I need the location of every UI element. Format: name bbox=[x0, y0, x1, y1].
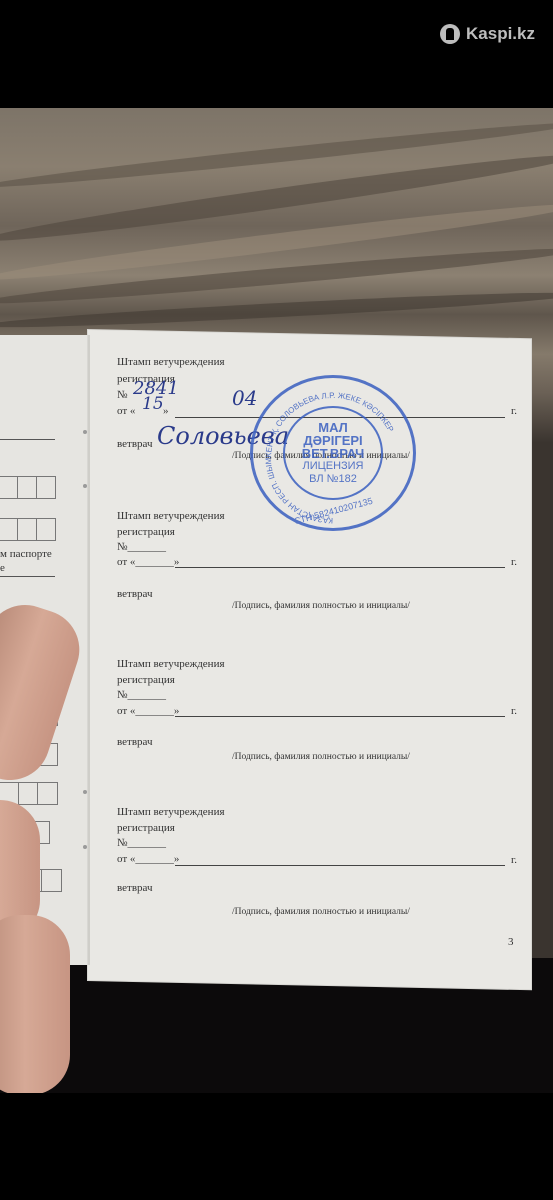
bottom-bar bbox=[0, 1093, 553, 1200]
brand-watermark: Kaspi.kz bbox=[440, 24, 535, 44]
staple bbox=[83, 484, 87, 488]
date-prefix: от «_______» bbox=[117, 853, 179, 865]
signature-caption: /Подпись, фамилия полностью и инициалы/ bbox=[232, 601, 410, 611]
date-suffix: » bbox=[163, 405, 169, 417]
registration-label: регистрация bbox=[117, 526, 175, 538]
passport-text: м паспорте bbox=[0, 548, 52, 560]
year-suffix: г. bbox=[511, 556, 517, 568]
number-label: №_______ bbox=[117, 541, 166, 553]
date-prefix: от «_______» bbox=[117, 556, 179, 568]
stamp-line-5: ВЛ №182 bbox=[309, 473, 357, 486]
day-handwritten: 15 bbox=[142, 394, 164, 414]
date-prefix: от «_______» bbox=[117, 705, 179, 717]
field-line bbox=[0, 439, 55, 440]
field-line bbox=[0, 576, 55, 577]
year-suffix: г. bbox=[511, 405, 517, 417]
signature-caption: /Подпись, фамилия полностью и инициалы/ bbox=[232, 752, 410, 762]
block-title: Штамп ветучреждения bbox=[117, 658, 225, 670]
vet-label: ветврач bbox=[117, 882, 153, 894]
code-boxes bbox=[0, 518, 56, 541]
book-fold bbox=[88, 335, 90, 965]
passport-text-2: е bbox=[0, 562, 5, 574]
brand-name: Kaspi.kz bbox=[466, 24, 535, 44]
stamp-line-1: МАЛ bbox=[318, 421, 348, 434]
vet-label: ветврач bbox=[117, 438, 153, 450]
stamp-line-4: ЛИЦЕНЗИЯ bbox=[302, 460, 363, 473]
top-bar: Kaspi.kz bbox=[0, 0, 553, 108]
date-line bbox=[175, 567, 505, 568]
stamp-line-3: ВЕТ.ВРАЧ bbox=[302, 447, 365, 460]
thumb bbox=[0, 915, 70, 1095]
vet-stamp: ҚАЗАҚСТАН РЕСП. ШЫМКЕНТ Қ. СОЛОВЬЕВА Л.Р… bbox=[250, 375, 416, 531]
number-label: № bbox=[117, 389, 128, 401]
signature-caption: /Подпись, фамилия полностью и инициалы/ bbox=[232, 907, 410, 917]
vet-label: ветврач bbox=[117, 588, 153, 600]
staple bbox=[83, 790, 87, 794]
number-label: №_______ bbox=[117, 837, 166, 849]
year-suffix: г. bbox=[511, 705, 517, 717]
staple bbox=[83, 430, 87, 434]
registration-label: регистрация bbox=[117, 674, 175, 686]
stamp-line-2: ДӘРІГЕРІ bbox=[303, 434, 362, 447]
page-number: 3 bbox=[508, 936, 514, 948]
block-title: Штамп ветучреждения bbox=[117, 356, 225, 368]
block-title: Штамп ветучреждения bbox=[117, 806, 225, 818]
vet-label: ветврач bbox=[117, 736, 153, 748]
registration-label: регистрация bbox=[117, 822, 175, 834]
block-title: Штамп ветучреждения bbox=[117, 510, 225, 522]
vet-record-block-3: Штамп ветучреждения регистрация №_______… bbox=[117, 658, 517, 768]
number-label: №_______ bbox=[117, 689, 166, 701]
date-line bbox=[175, 865, 505, 866]
stamp-center: МАЛ ДӘРІГЕРІ ВЕТ.ВРАЧ ЛИЦЕНЗИЯ ВЛ №182 bbox=[283, 406, 383, 500]
code-boxes bbox=[0, 476, 56, 499]
staple bbox=[83, 845, 87, 849]
date-prefix: от « bbox=[117, 405, 135, 417]
vet-record-block-4: Штамп ветучреждения регистрация №_______… bbox=[117, 806, 517, 916]
kaspi-logo-icon bbox=[440, 24, 460, 44]
year-suffix: г. bbox=[511, 854, 517, 866]
date-line bbox=[175, 716, 505, 717]
marble-vein bbox=[0, 117, 553, 194]
